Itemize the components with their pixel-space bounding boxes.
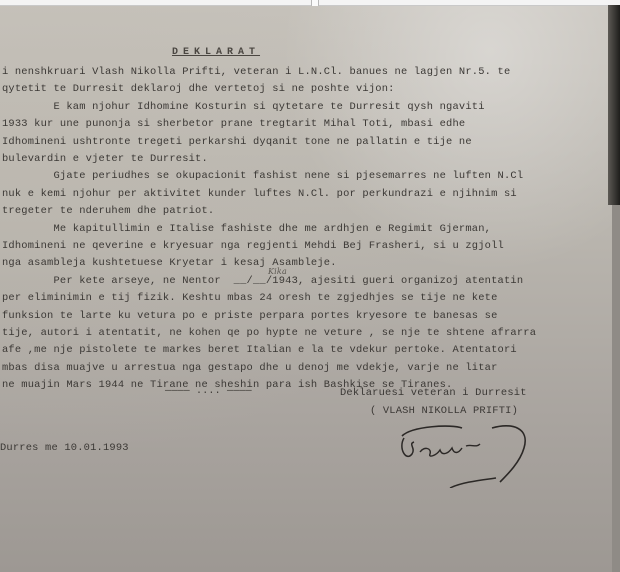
text-line: E kam njohur Idhomine Kosturin si qyteta… xyxy=(2,99,485,116)
text-line: Idhomineni ushtronte tregeti perkarshi d… xyxy=(2,134,472,151)
text-line: funksion te larte ku vetura po e priste … xyxy=(2,308,498,325)
signature xyxy=(392,418,552,488)
photo-edge-shadow xyxy=(608,5,620,205)
place-date: Durres me 10.01.1993 xyxy=(0,440,129,457)
text-line: Gjate periudhes se okupacionit fashist n… xyxy=(2,168,523,185)
document-title: DEKLARAT xyxy=(172,44,260,61)
text-line: tregeter te nderuhem dhe patriot. xyxy=(2,203,214,220)
text-line: Per kete arseye, ne Nentor __/__/1943, a… xyxy=(2,273,523,290)
text-line: nuk e kemi njohur per aktivitet kunder l… xyxy=(2,186,517,203)
signature-icon xyxy=(392,418,552,488)
text-line: per eliminimin e tij fizik. Keshtu mbas … xyxy=(2,290,498,307)
text-line: i nenshkruari Vlash Nikolla Prifti, vete… xyxy=(2,64,510,81)
handwritten-annotation: Kika xyxy=(268,263,287,280)
text-line: qytetit te Durresit deklaroj dhe verteto… xyxy=(2,81,395,98)
text-line: mbas disa muajve u arrestua nga gestapo … xyxy=(2,360,498,377)
text-line: Idhomineni ne qeverine e kryesuar nga re… xyxy=(2,238,504,255)
divider-ornament: ———— .... ———— xyxy=(165,383,252,400)
text-line: 1933 kur une punonja si sherbetor prane … xyxy=(2,116,465,133)
text-line: tije, autori i atentatit, ne kohen qe po… xyxy=(2,325,536,342)
document-page: DEKLARAT i nenshkruari Vlash Nikolla Pri… xyxy=(0,6,612,572)
text-line: Me kapitullimin e Italise fashiste dhe m… xyxy=(2,221,491,238)
text-line: bulevardin e vjeter te Durresit. xyxy=(2,151,208,168)
declarant-title: Deklaruesi veteran i Durresit xyxy=(340,385,527,402)
text-line: afe ,me nje pistolete te markes beret It… xyxy=(2,342,517,359)
